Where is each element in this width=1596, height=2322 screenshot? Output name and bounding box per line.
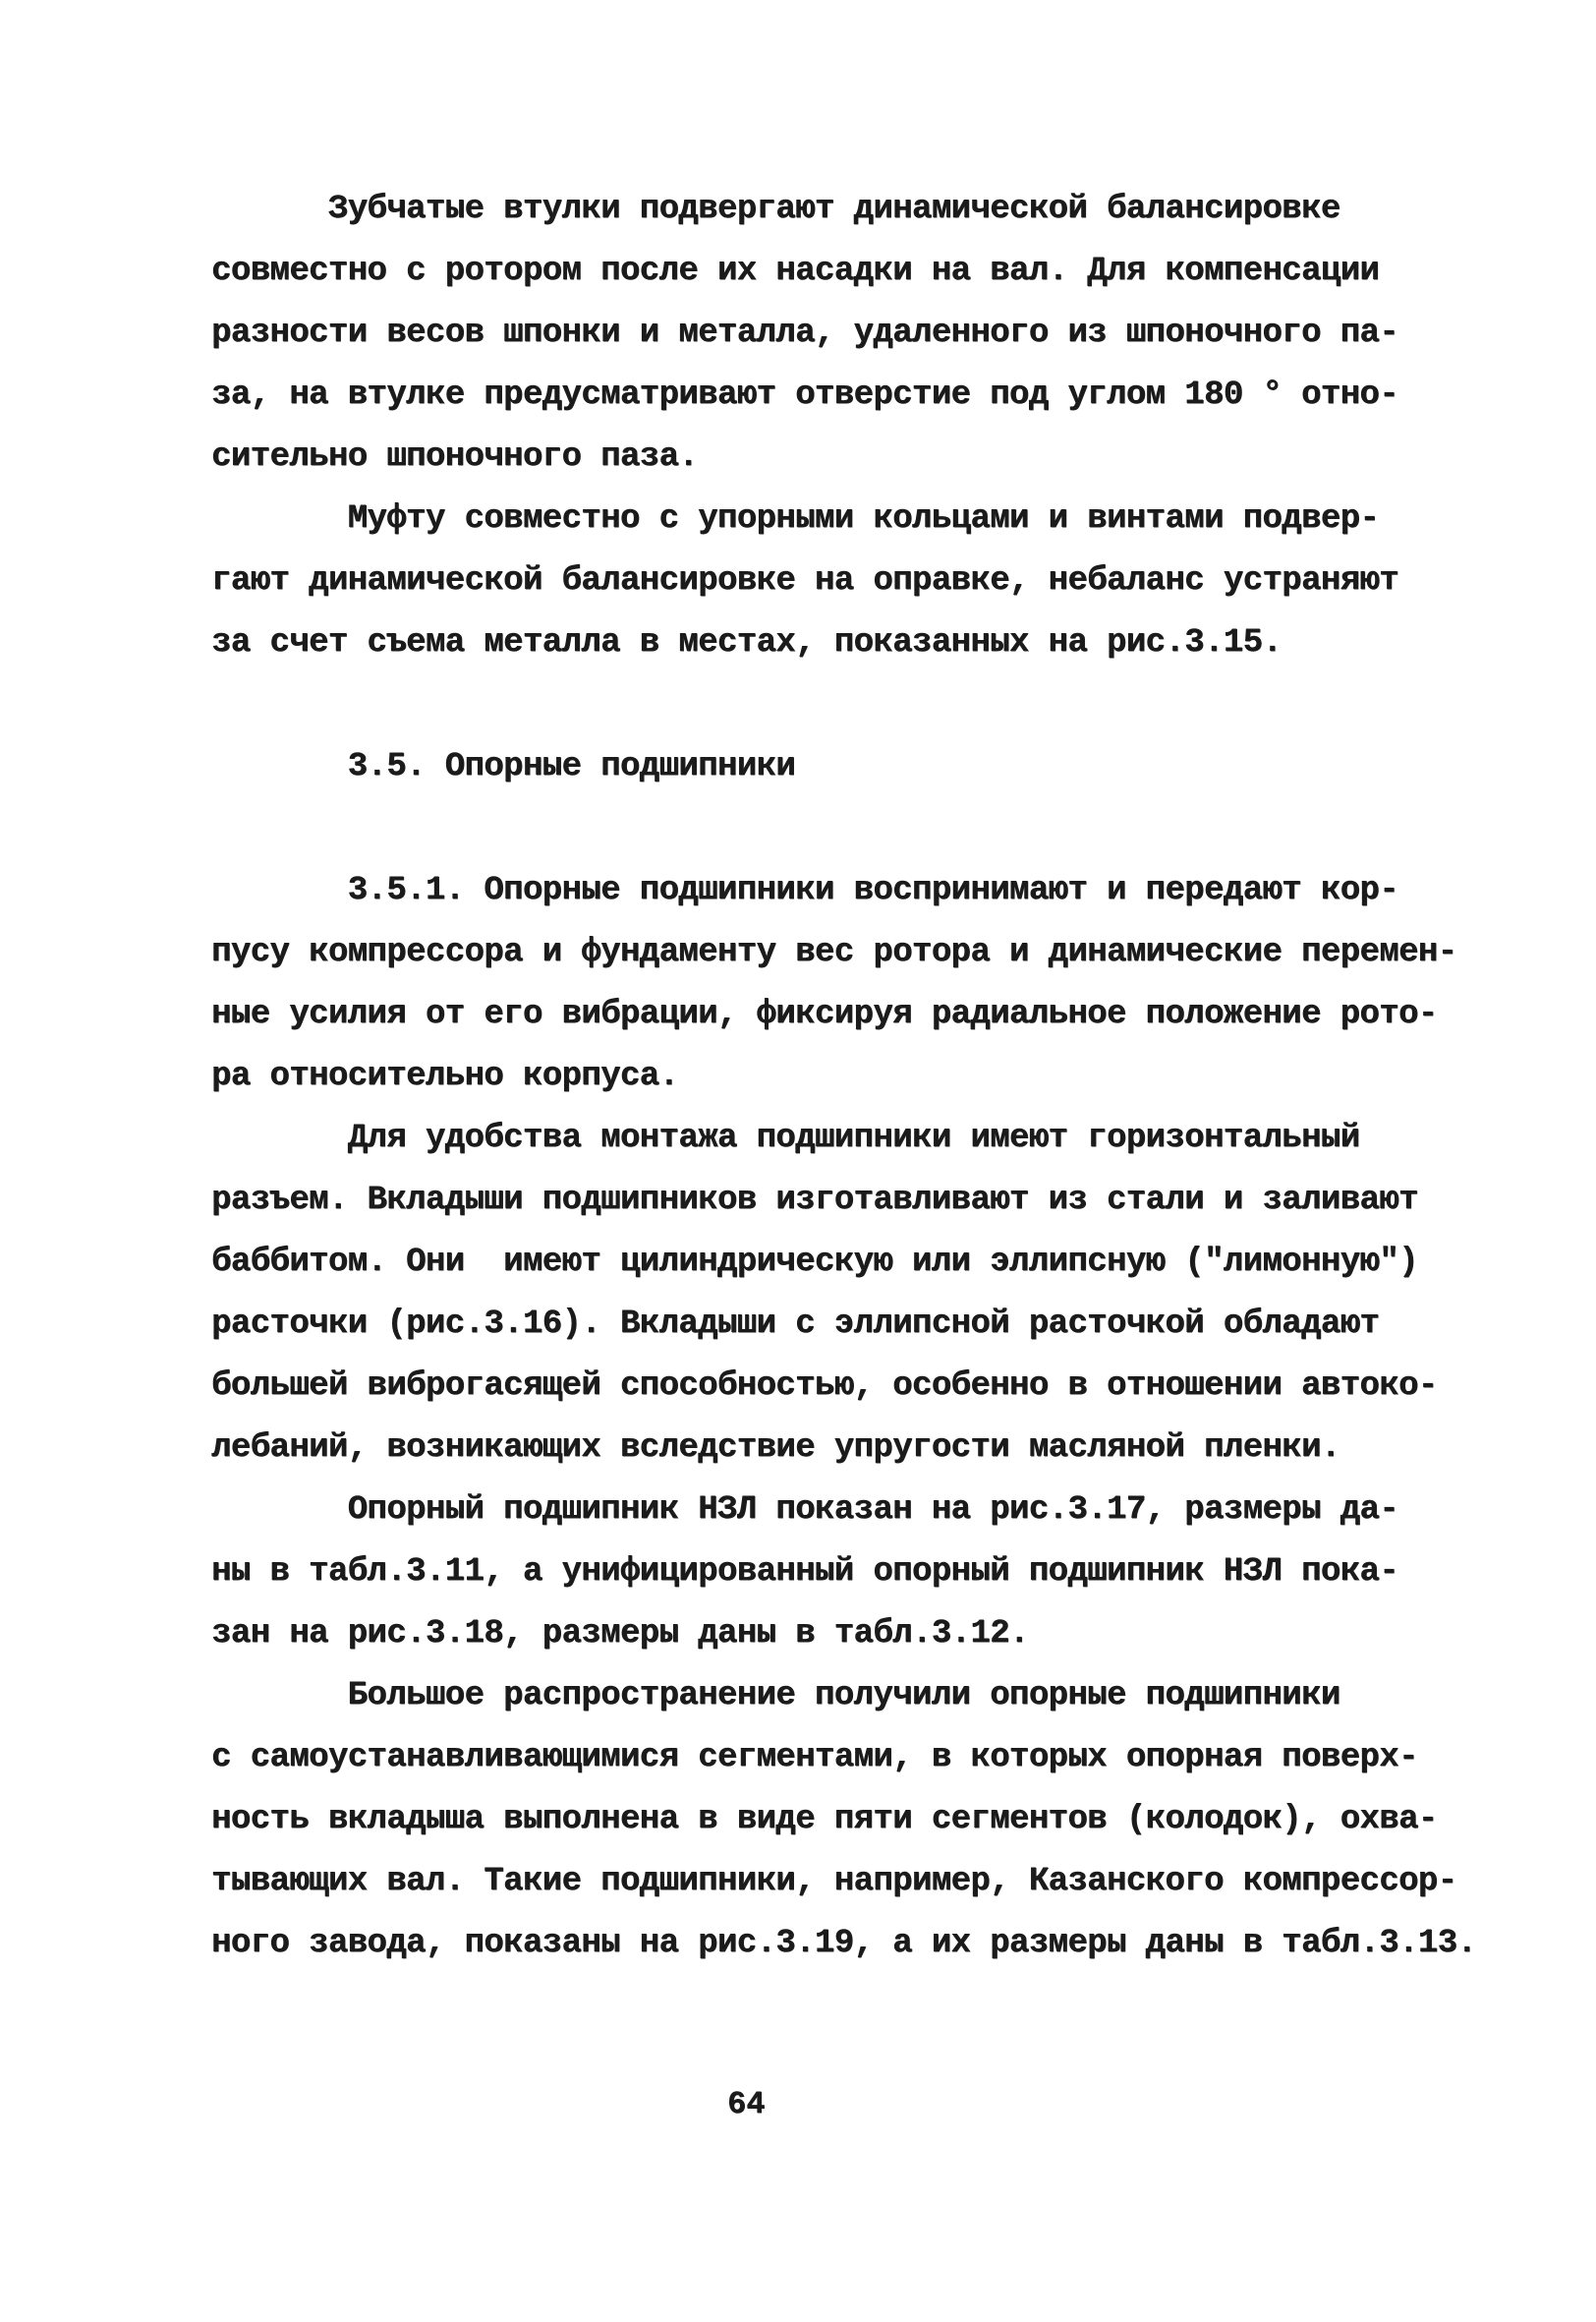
section-heading: 3.5. Опорные подшипники (211, 736, 1476, 798)
text-line: с самоустанавливающимися сегментами, в к… (211, 1727, 1476, 1789)
text-line: ные усилия от его вибрации, фиксируя рад… (211, 984, 1476, 1046)
text-line: ра относительно корпуса. (211, 1046, 1476, 1108)
text-line: баббитом. Они имеют цилиндрическую или э… (211, 1232, 1476, 1294)
scanned-page: Зубчатые втулки подвергают динамической … (0, 0, 1596, 2322)
page-number: 64 (727, 2086, 765, 2122)
text-line: ного завода, показаны на рис.3.19, а их … (211, 1913, 1476, 1975)
text-line: ны в табл.3.11, а унифицированный опорны… (211, 1541, 1476, 1603)
text-line: пусу компрессора и фундаменту вес ротора… (211, 922, 1476, 984)
text-line: расточки (рис.3.16). Вкладыши с эллипсно… (211, 1294, 1476, 1356)
text-line: Опорный подшипник НЗЛ показан на рис.3.1… (211, 1480, 1476, 1541)
text-line: за, на втулке предусматривают отверстие … (211, 365, 1476, 427)
text-line: гают динамической балансировке на оправк… (211, 551, 1476, 612)
text-line: разности весов шпонки и металла, удаленн… (211, 303, 1476, 365)
text-line: 3.5.1. Опорные подшипники воспринимают и… (211, 860, 1476, 922)
text-line: лебаний, возникающих вследствие упругост… (211, 1418, 1476, 1480)
text-line: зан на рис.3.18, размеры даны в табл.3.1… (211, 1603, 1476, 1665)
text-line: совместно с ротором после их насадки на … (211, 241, 1476, 303)
text-line: ность вкладыша выполнена в виде пяти сег… (211, 1789, 1476, 1851)
text-line: Зубчатые втулки подвергают динамической … (211, 179, 1476, 241)
text-line: за счет съема металла в местах, показанн… (211, 612, 1476, 674)
text-line: Большое распространение получили опорные… (211, 1665, 1476, 1727)
text-line: разъем. Вкладыши подшипников изготавлива… (211, 1170, 1476, 1232)
text-line: Муфту совместно с упорными кольцами и ви… (211, 489, 1476, 551)
text-line: большей виброгасящей способностью, особе… (211, 1356, 1476, 1418)
blank-line (211, 674, 1476, 736)
text-line: Для удобства монтажа подшипники имеют го… (211, 1108, 1476, 1170)
text-line: тывающих вал. Такие подшипники, например… (211, 1851, 1476, 1913)
text-line: сительно шпоночного паза. (211, 427, 1476, 489)
blank-line (211, 798, 1476, 860)
text-block: Зубчатые втулки подвергают динамической … (211, 179, 1476, 1975)
